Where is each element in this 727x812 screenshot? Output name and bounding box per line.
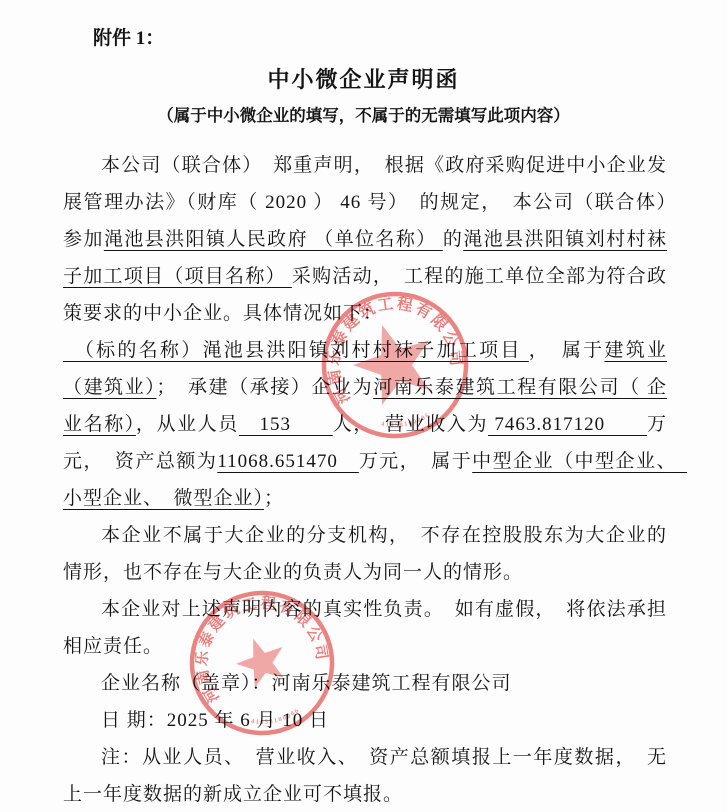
text-segment: ； 承建（承接）企业为 (156, 377, 373, 398)
total-assets-blank: 11068.651470 (217, 451, 359, 472)
document-subtitle: （属于中小微企业的填写，不属于的无需填写此项内容） (0, 104, 727, 128)
document-body: 本公司（联合体） 郑重声明， 根据《政府采购促进中小企业发展管理办法》（财库（ … (63, 147, 667, 812)
note-line: 注：从业人员、 营业收入、 资产总额填报上一年度数据， 无上一年度数据的新成立企… (63, 739, 667, 812)
declaration-document: 附件 1： 中小微企业声明函 （属于中小微企业的填写，不属于的无需填写此项内容）… (0, 0, 727, 812)
paragraph-responsibility: 本企业对上述声明内容的真实性负责。 如有虚假， 将依法承担相应责任。 (63, 591, 667, 665)
date-line: 日 期：2025 年 6 月 10 日 (63, 702, 667, 739)
text-segment: ； (264, 488, 284, 509)
text-segment: ，从业人员 (136, 414, 239, 435)
paragraph-not-subsidiary: 本企业不属于大企业的分支机构， 不存在控股股东为大企业的情形，也不存在与大企业的… (63, 517, 667, 591)
text-segment: 的 (443, 229, 463, 250)
purchaser-name-blank: 渑池县洪阳镇人民政府 （单位名称） (104, 229, 443, 250)
attachment-label: 附件 1： (93, 26, 727, 52)
document-title: 中小微企业声明函 (0, 65, 727, 95)
enterprise-name-seal-line: 企业名称（盖章）：河南乐泰建筑工程有限公司 (63, 665, 667, 702)
paragraph-enterprise-details: （标的名称）渑池县洪阳镇刘村村袜子加工项目 ， 属于建筑业（建筑业）； 承建（承… (63, 332, 667, 517)
text-segment: ， 属于 (529, 340, 605, 361)
text-segment: 人， 营业收入为 (333, 414, 488, 435)
revenue-blank: 7463.817120 (488, 414, 647, 435)
employee-count-blank: 153 (239, 414, 333, 435)
subject-name-blank: （标的名称）渑池县洪阳镇刘村村袜子加工项目 (63, 340, 529, 361)
paragraph-declaration: 本公司（联合体） 郑重声明， 根据《政府采购促进中小企业发展管理办法》（财库（ … (63, 147, 667, 332)
text-segment: 万元， 属于 (359, 451, 472, 472)
